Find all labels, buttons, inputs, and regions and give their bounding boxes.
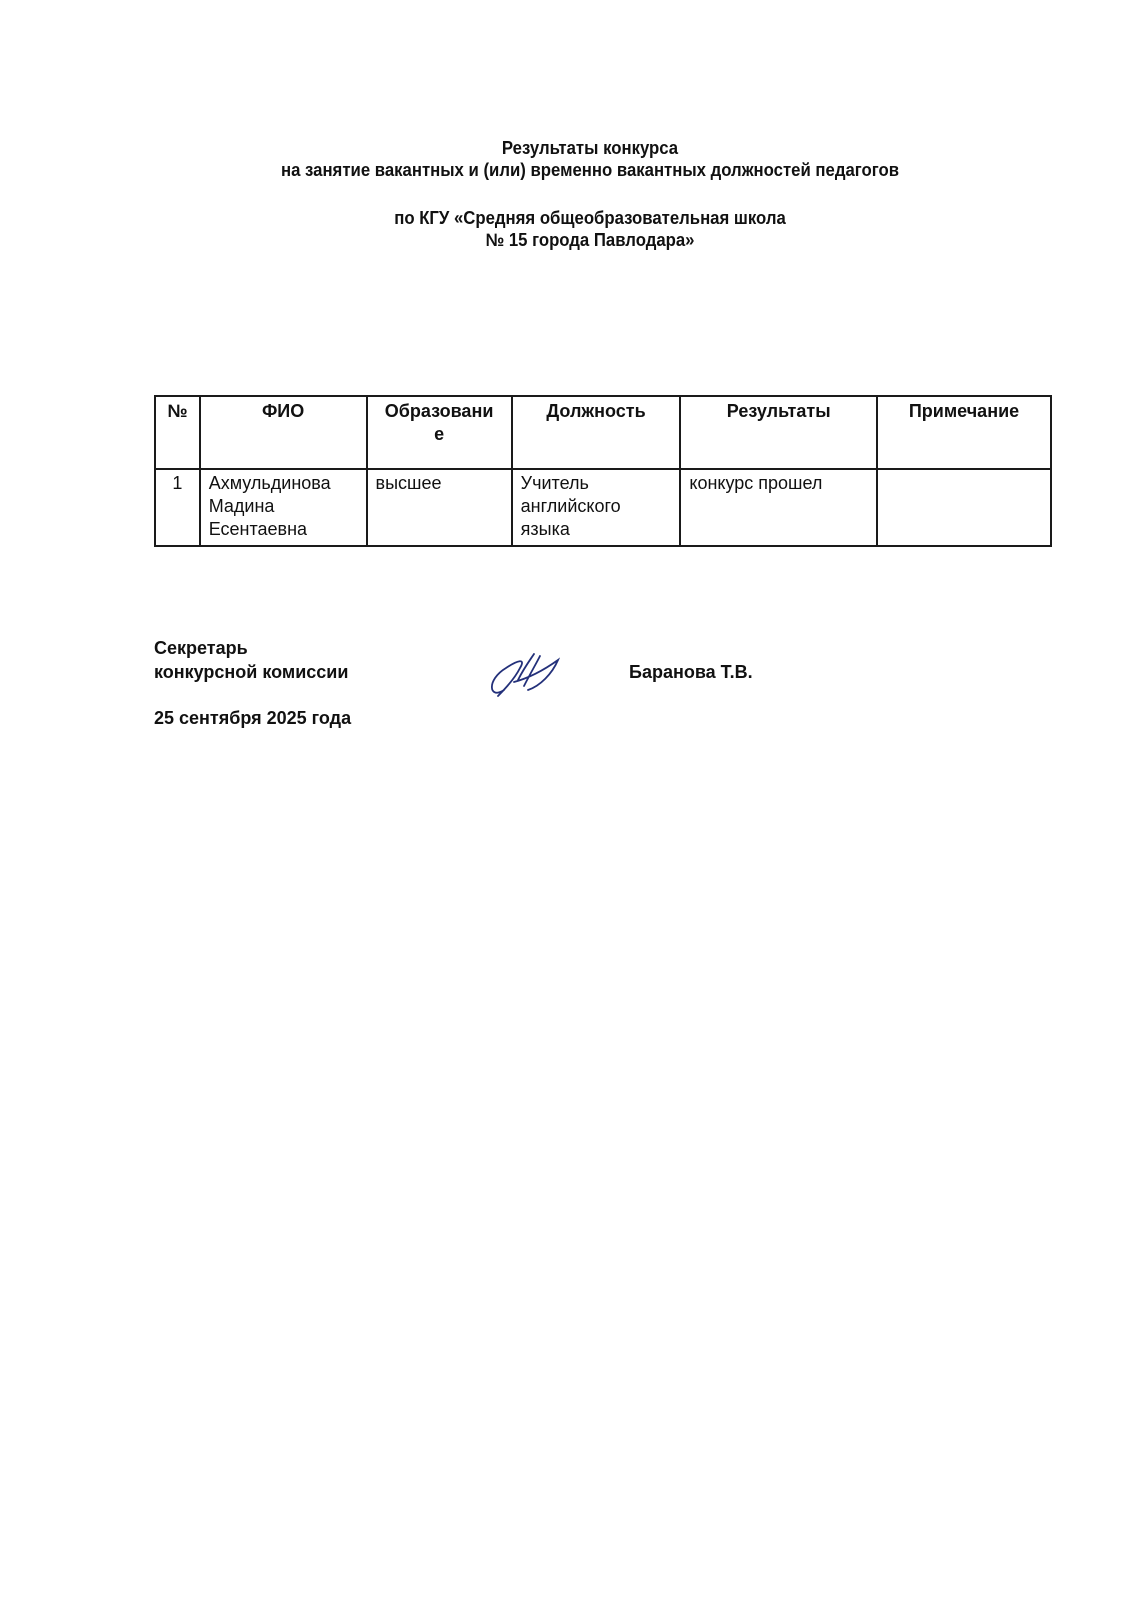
signature-block: Секретарь конкурсной комиссии [154,636,454,684]
header-position: Должность [512,396,681,469]
header-number: № [155,396,200,469]
cell-fio: Ахмульдинова Мадина Есентаевна [200,469,367,546]
cell-note [877,469,1051,546]
secretary-role-line-2: конкурсной комиссии [154,660,454,684]
cell-number: 1 [155,469,200,546]
results-table: № ФИО Образование Должность Результаты П… [154,395,1052,547]
title-line-1: Результаты конкурса [41,137,1122,159]
document-date: 25 сентября 2025 года [154,708,351,729]
table-header-row: № ФИО Образование Должность Результаты П… [155,396,1051,469]
signature-icon [484,650,564,702]
header-results: Результаты [680,396,877,469]
header-education: Образование [367,396,512,469]
title-line-2: на занятие вакантных и (или) временно ва… [41,159,1122,181]
header-note: Примечание [877,396,1051,469]
secretary-role-line-1: Секретарь [154,636,454,660]
table-row: 1 Ахмульдинова Мадина Есентаевна высшее … [155,469,1051,546]
secretary-name: Баранова Т.В. [629,662,753,683]
cell-result: конкурс прошел [680,469,877,546]
cell-education: высшее [367,469,512,546]
header-fio: ФИО [200,396,367,469]
title-line-3: по КГУ «Средняя общеобразовательная школ… [41,207,1122,229]
cell-position: Учитель английского языка [512,469,681,546]
document-title: Результаты конкурса на занятие вакантных… [41,137,1122,251]
title-line-4: № 15 города Павлодара» [41,229,1122,251]
